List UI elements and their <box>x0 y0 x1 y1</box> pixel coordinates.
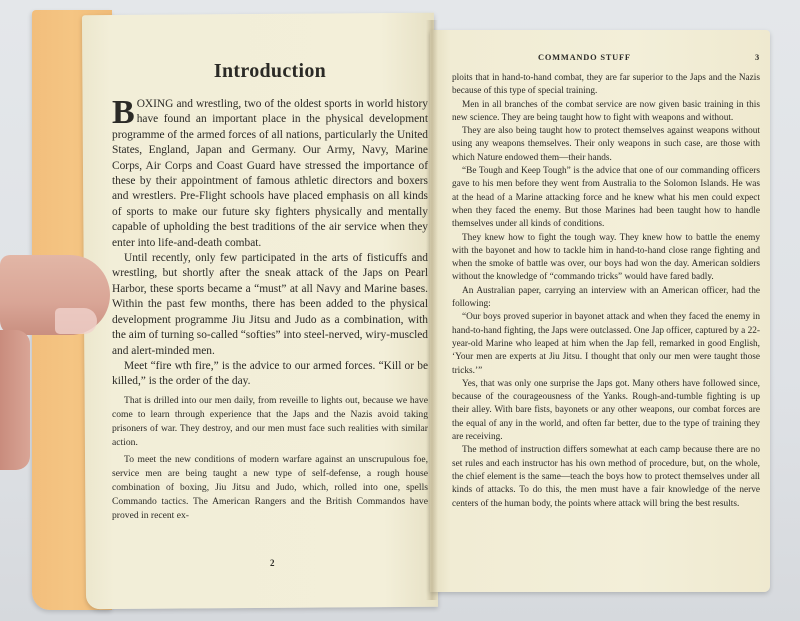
page-number-left: 2 <box>270 558 275 568</box>
running-head-title: COMMANDO STUFF <box>538 53 631 62</box>
paragraph: Meet “fire wth fire,” is the advice to o… <box>112 359 428 390</box>
paragraph: They knew how to fight the tough way. Th… <box>452 232 760 285</box>
paragraph: Until recently, only few participated in… <box>112 251 428 359</box>
paragraph: To meet the new conditions of modern war… <box>112 453 428 523</box>
paragraph: Men in all branches of the combat servic… <box>452 99 760 126</box>
paragraph: “Be Tough and Keep Tough” is the advice … <box>452 165 760 231</box>
chapter-title: Introduction <box>112 60 428 83</box>
paragraph: “Our boys proved superior in bayonet att… <box>452 311 760 377</box>
paragraph: They are also being taught how to protec… <box>452 125 760 165</box>
running-head: COMMANDO STUFF 3 <box>452 53 760 62</box>
right-page-text: COMMANDO STUFF 3 ploits that in hand-to-… <box>452 53 760 511</box>
drop-cap: B <box>112 99 135 127</box>
left-page-text: Introduction BOXING and wrestling, two o… <box>112 60 428 523</box>
thumbnail <box>55 308 97 334</box>
paragraph: The method of instruction differs somewh… <box>452 444 760 510</box>
paragraph: ploits that in hand-to-hand combat, they… <box>452 72 760 99</box>
paragraph: That is drilled into our men daily, from… <box>112 394 428 450</box>
paragraph: BOXING and wrestling, two of the oldest … <box>112 97 428 251</box>
paragraph: Yes, that was only one surprise the Japs… <box>452 378 760 444</box>
hand-fingers <box>0 330 30 470</box>
page-number-right: 3 <box>755 53 760 62</box>
paragraph: An Australian paper, carrying an intervi… <box>452 285 760 312</box>
